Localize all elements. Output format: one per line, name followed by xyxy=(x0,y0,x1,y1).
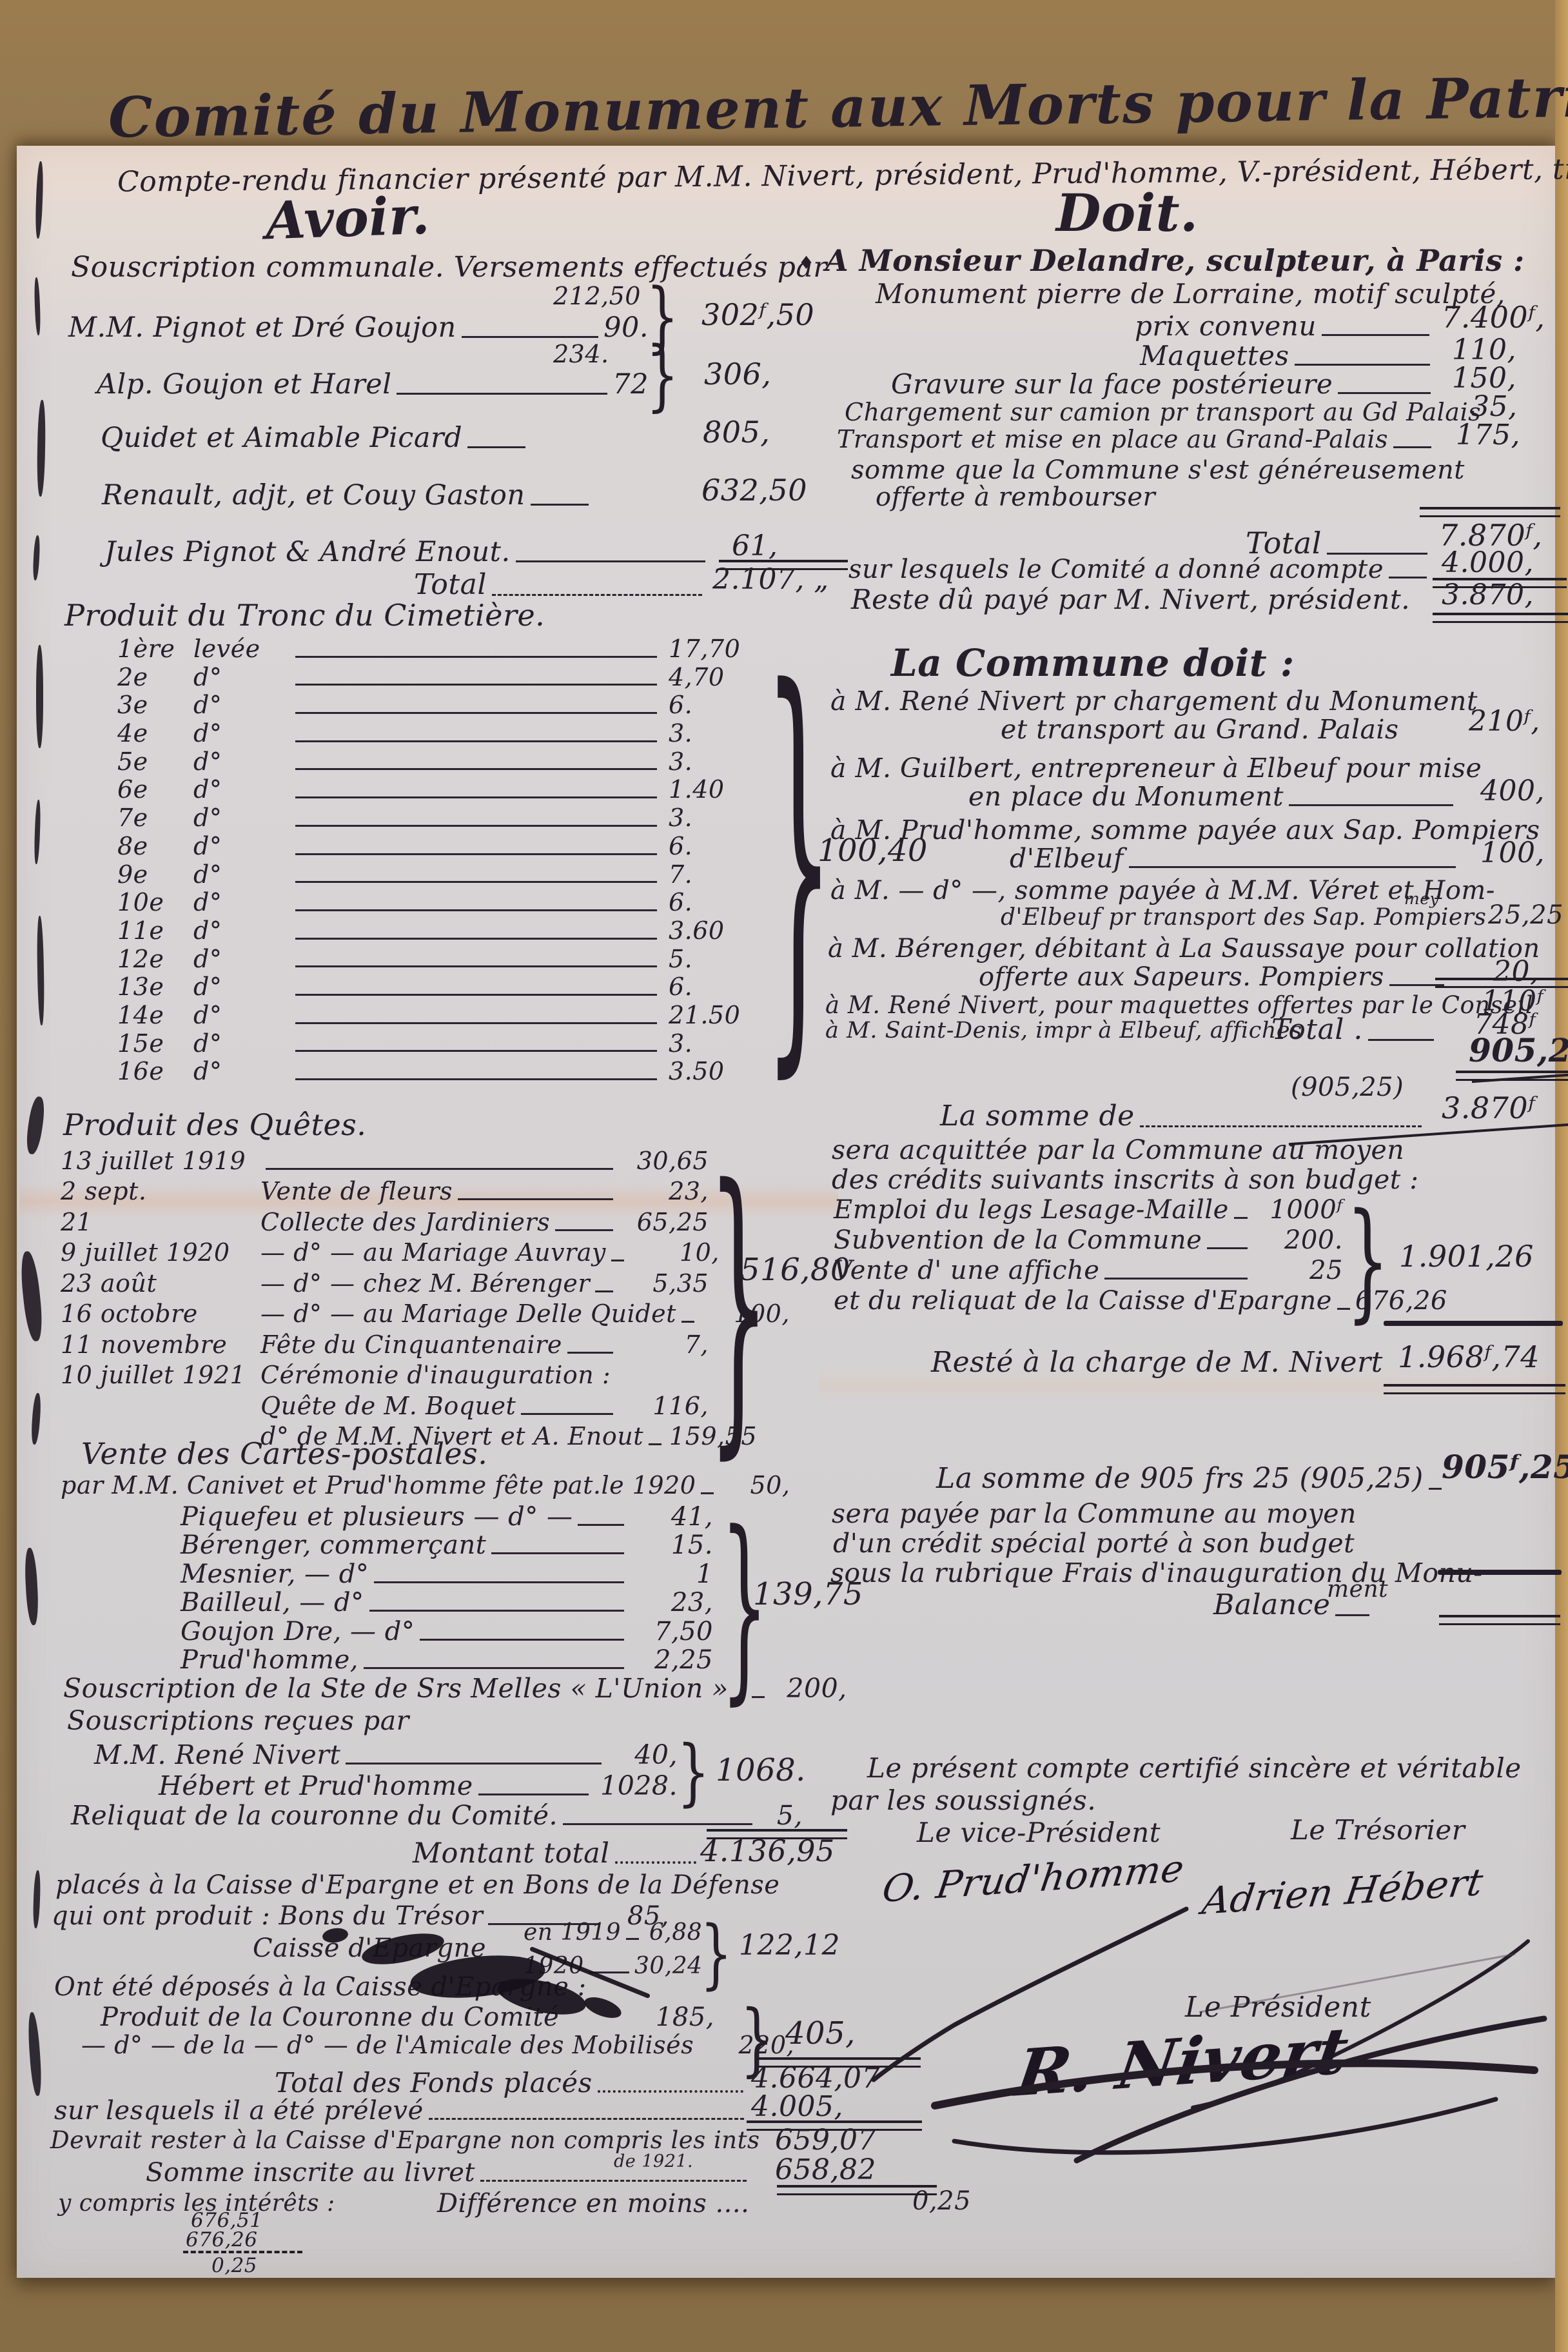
leader-line xyxy=(295,712,657,714)
leader-line xyxy=(1335,1614,1369,1616)
quete-label: Quête de M. Boquet xyxy=(260,1392,516,1421)
levee-value: 3. xyxy=(662,720,765,748)
double-rule xyxy=(1456,1071,1568,1081)
leader-line xyxy=(1207,1247,1248,1249)
acompte-value: 4.000, xyxy=(1442,547,1534,580)
table-row: 13 juillet 1919 30,65 xyxy=(61,1145,709,1176)
levee-ordinal: 12e xyxy=(117,945,193,974)
levee-value: 5. xyxy=(662,945,765,974)
vendor-label: Goujon Dre, — d° xyxy=(181,1617,415,1646)
leader-line xyxy=(1234,1217,1248,1219)
table-row: 12e d° 5. xyxy=(117,945,765,974)
leader-line xyxy=(478,1794,589,1795)
leader-line xyxy=(516,560,705,562)
leader-line xyxy=(295,909,657,911)
leader-line xyxy=(1389,577,1427,578)
vendor-value: 7,50 xyxy=(629,1617,713,1646)
item-value: 175, xyxy=(1456,419,1520,452)
table-row: 2 sept. Vente de fleurs 23, xyxy=(61,1176,709,1207)
brace-icon xyxy=(700,1917,732,1992)
souscription-part: 234. xyxy=(553,341,609,369)
leader-line xyxy=(595,1290,613,1292)
levee-value: 6. xyxy=(662,889,765,917)
leader-line xyxy=(1429,1488,1442,1490)
fonds-label: Total des Fonds placés xyxy=(275,2068,593,2099)
levee-word: d° xyxy=(193,1058,290,1086)
leader-line xyxy=(295,994,657,996)
leader-line xyxy=(701,1492,714,1494)
fonds-label: Devrait rester à la Caisse d'Epargne non… xyxy=(50,2127,759,2155)
commune-heading: La Commune doit : xyxy=(891,642,1295,685)
credit-label: Vente d' une affiche xyxy=(834,1256,1099,1285)
leader-line xyxy=(295,1050,657,1052)
levee-word: d° xyxy=(193,973,290,1002)
reste-label: Reste dû payé par M. Nivert, président. xyxy=(851,584,1410,615)
levee-word: d° xyxy=(193,833,290,861)
quete-date: 23 août xyxy=(61,1270,260,1298)
quete-value: 10, xyxy=(629,1239,720,1267)
credit-value: 1000ᶠ xyxy=(1253,1195,1343,1225)
souscription-part: 90. xyxy=(603,312,649,344)
levee-value: 3.60 xyxy=(662,917,765,945)
quete-value: 7, xyxy=(618,1331,709,1359)
levee-word: d° xyxy=(193,804,290,833)
levee-ordinal: 8e xyxy=(117,833,193,861)
fonds-value: 659,07 xyxy=(775,2124,876,2157)
sum-rule xyxy=(1384,1321,1563,1326)
photo-of-ledger: Comité du Monument aux Morts pour la Pat… xyxy=(0,0,1568,2352)
debt-value: 210ᶠ, xyxy=(1469,706,1540,738)
leader-line xyxy=(491,1552,624,1554)
levee-value: 7. xyxy=(662,861,765,889)
tronc-table: 1ère levée 17,70 2e d° 4,70 3e d° 6. 4e xyxy=(117,635,765,1086)
leader-line xyxy=(295,684,657,686)
delandre-heading: A Monsieur Delandre, sculpteur, à Paris … xyxy=(825,244,1525,278)
levee-word: d° xyxy=(193,945,290,974)
levee-ordinal: 3e xyxy=(117,691,193,720)
difference-label: Différence en moins .... xyxy=(437,2189,749,2219)
year-value: 30,24 xyxy=(634,1953,699,1979)
leader-line xyxy=(598,2090,743,2093)
delandre-line: Monument pierre de Lorraine, motif sculp… xyxy=(876,279,1505,310)
levee-value: 1.40 xyxy=(662,776,765,804)
levee-word: d° xyxy=(193,1002,290,1030)
table-row: 10 juillet 1921 Cérémonie d'inauguration… xyxy=(61,1359,709,1390)
levee-word: d° xyxy=(193,776,290,804)
levee-ordinal: 15e xyxy=(117,1030,193,1058)
quete-label: — d° — chez M. Bérenger xyxy=(260,1270,590,1298)
levee-ordinal: 14e xyxy=(117,1002,193,1030)
quete-value: 116, xyxy=(618,1392,709,1421)
leader-line xyxy=(611,1260,624,1261)
certification-line: Le présent compte certifié sincère et vé… xyxy=(867,1753,1522,1784)
double-rule xyxy=(1420,507,1560,517)
leader-line xyxy=(420,1639,624,1641)
levee-word: d° xyxy=(193,748,290,776)
binding-mark xyxy=(36,645,43,748)
leader-line xyxy=(295,740,657,742)
reste-value: 3.870, xyxy=(1442,579,1534,612)
somme-label: La somme de xyxy=(940,1100,1135,1133)
leader-line xyxy=(295,825,657,827)
tronc-heading: Produit du Tronc du Cimetière. xyxy=(64,598,545,633)
table-row: Goujon Dre, — d° 7,50 xyxy=(181,1617,713,1646)
levee-value: 3. xyxy=(662,748,765,776)
levee-ordinal: 13e xyxy=(117,973,193,1002)
table-row: 15e d° 3. xyxy=(117,1030,765,1058)
table-row: 7e d° 3. xyxy=(117,804,765,833)
debt-value: 400, xyxy=(1480,775,1545,808)
donor-value: 40, xyxy=(607,1740,678,1770)
souscription-heading: Souscription communale. Versements effec… xyxy=(71,252,827,284)
somme-line: sera payée par la Commune au moyen xyxy=(832,1499,1357,1529)
total-label: Total . xyxy=(1271,1014,1363,1047)
placements-line: placés à la Caisse d'Epargne et en Bons … xyxy=(55,1870,779,1900)
item-label: Maquettes xyxy=(1140,341,1289,371)
double-rule xyxy=(1384,1384,1565,1394)
vice-president-label: Le vice-Président xyxy=(917,1817,1161,1848)
debt-line: à M. René Nivert pr chargement du Monume… xyxy=(830,686,1478,716)
vendor-value: 15. xyxy=(629,1530,713,1560)
corrected-total: 905,25 xyxy=(1469,1032,1568,1069)
item-label: prix convenu xyxy=(1135,311,1317,342)
quete-date: 9 juillet 1920 xyxy=(61,1239,260,1267)
montant-total: 4.136,95 xyxy=(700,1834,835,1868)
levee-word: d° xyxy=(193,720,290,748)
delandre-line: somme que la Commune s'est généreusement xyxy=(851,455,1465,485)
levee-ordinal: 1ère xyxy=(117,635,193,664)
row-total: 632,50 xyxy=(701,473,807,508)
leader-line xyxy=(626,1938,639,1940)
recues-heading: Souscriptions reçues par xyxy=(67,1706,409,1736)
avoir-header: Avoir. xyxy=(264,186,431,251)
somme-line: des crédits suivants inscrits à son budg… xyxy=(832,1165,1419,1195)
leader-line xyxy=(295,1078,657,1080)
row-total: 61, xyxy=(732,530,778,563)
leader-line xyxy=(429,2118,744,2120)
table-row: 11e d° 3.60 xyxy=(117,917,765,945)
levee-ordinal: 16e xyxy=(117,1058,193,1086)
debt-line: d'Elbeuf xyxy=(1010,844,1124,874)
table-row: 16e d° 3.50 xyxy=(117,1058,765,1086)
leader-line xyxy=(369,1610,624,1612)
row-total: 306, xyxy=(704,357,771,391)
leader-line xyxy=(578,1524,624,1526)
credit-label: Subvention de la Commune xyxy=(834,1225,1202,1255)
depot-label: — d° — de la — d° — de l'Amicale des Mob… xyxy=(81,2031,694,2060)
leader-line xyxy=(1322,334,1429,336)
quete-label: Vente de fleurs xyxy=(260,1178,453,1206)
leader-line xyxy=(374,1581,624,1583)
payer-name: Renault, adjt, et Couy Gaston xyxy=(102,480,525,511)
levee-word: levée xyxy=(193,635,290,664)
quete-label: — d° — au Mariage Delle Quidet xyxy=(260,1300,676,1329)
levee-value: 3. xyxy=(662,1030,765,1058)
item-label: Gravure sur la face postérieure xyxy=(891,369,1333,400)
levee-word: d° xyxy=(193,861,290,889)
table-row: 23 août — d° — chez M. Bérenger 5,35 xyxy=(61,1267,709,1298)
quete-date: 21 xyxy=(61,1209,260,1237)
item-value: 7.400ᶠ, xyxy=(1442,301,1545,335)
leader-line xyxy=(295,938,657,940)
levee-word: d° xyxy=(193,917,290,945)
leader-line xyxy=(480,2180,747,2182)
somme-line: sera acquittée par la Commune au moyen xyxy=(832,1135,1404,1165)
sum-rule xyxy=(183,2251,302,2253)
leader-line xyxy=(492,594,702,596)
frame-edge xyxy=(1555,0,1568,2352)
leader-line xyxy=(458,1198,613,1200)
leader-line xyxy=(1338,392,1431,394)
difference-value: 0,25 xyxy=(912,2186,971,2216)
brace-icon xyxy=(708,1151,769,1461)
levee-word: d° xyxy=(193,664,290,692)
quetes-table: 13 juillet 1919 30,65 2 sept. Vente de f… xyxy=(61,1145,709,1451)
table-row: 11 novembre Fête du Cinquantenaire 7, xyxy=(61,1329,709,1359)
brace-icon xyxy=(646,337,679,414)
double-rule xyxy=(1433,613,1568,623)
table-row: 9e d° 7. xyxy=(117,861,765,889)
leader-line xyxy=(521,1413,613,1415)
leader-line xyxy=(567,1352,613,1354)
acompte-label: sur lesquels le Comité a donné acompte xyxy=(848,555,1384,584)
levee-value: 3. xyxy=(662,804,765,833)
section-total: 2.107, „ xyxy=(712,564,829,597)
section-total: 1068. xyxy=(716,1753,806,1788)
levee-word: d° xyxy=(193,1030,290,1058)
table-row: Prud'homme, 2,25 xyxy=(181,1646,713,1675)
leader-line xyxy=(295,768,657,770)
vendor-label: Piquefeu et plusieurs — d° — xyxy=(181,1502,573,1532)
leader-line xyxy=(1140,1125,1422,1127)
debt-value: 100, xyxy=(1480,837,1545,870)
credits-table: Emploi du legs Lesage-Maille 1000ᶠ Subve… xyxy=(834,1194,1343,1316)
interets-figure: 0,25 xyxy=(211,2255,257,2278)
leader-line xyxy=(1104,1278,1248,1280)
leader-line xyxy=(295,853,657,855)
fonds-label: Somme inscrite au livret xyxy=(146,2158,475,2188)
vendor-label: Bailleul, — d° xyxy=(181,1588,364,1617)
leader-line xyxy=(364,1667,624,1669)
leader-line xyxy=(295,796,657,798)
leader-line xyxy=(563,1823,752,1825)
doit-header: Doit. xyxy=(1056,183,1198,242)
levee-ordinal: 6e xyxy=(117,776,193,804)
bons-label: qui ont produit : Bons du Trésor xyxy=(52,1901,483,1931)
leader-line xyxy=(649,1443,661,1445)
levee-value: 3.50 xyxy=(662,1058,765,1086)
somme-value: 3.870ᶠ xyxy=(1442,1091,1535,1125)
levee-ordinal: 2e xyxy=(117,664,193,692)
table-row: 21 Collecte des Jardiniers 65,25 xyxy=(61,1206,709,1237)
row-total: 805, xyxy=(703,415,770,450)
leader-line xyxy=(1289,804,1453,806)
levee-ordinal: 11e xyxy=(117,917,193,945)
item-label: Chargement sur camion pr transport au Gd… xyxy=(845,399,1481,427)
reliquat-label: Reliquat de la couronne du Comité. xyxy=(71,1801,558,1831)
page-title: Comité du Monument aux Morts pour la Pat… xyxy=(108,68,1436,151)
vendor-value: 1 xyxy=(629,1559,713,1589)
donor-label: Hébert et Prud'homme xyxy=(94,1771,473,1801)
table-row: 10e d° 6. xyxy=(117,889,765,917)
table-row: 9 juillet 1920 — d° — au Mariage Auvray … xyxy=(61,1237,709,1268)
bullet-icon xyxy=(798,253,815,273)
quete-label: Fête du Cinquantenaire xyxy=(260,1331,562,1359)
quetes-heading: Produit des Quêtes. xyxy=(63,1108,366,1142)
vendor-label: Mesnier, — d° xyxy=(181,1559,369,1589)
quete-date: 2 sept. xyxy=(61,1178,260,1206)
montant-label: Montant total xyxy=(413,1838,610,1870)
vendor-label: Prud'homme, xyxy=(181,1645,358,1675)
levee-ordinal: 4e xyxy=(117,720,193,748)
quete-value: 30,65 xyxy=(618,1147,709,1176)
levee-value: 17,70 xyxy=(662,635,765,664)
somme-label: La somme de 905 frs 25 (905,25) xyxy=(936,1463,1424,1496)
credit-label: et du reliquat de la Caisse d'Epargne xyxy=(834,1286,1332,1316)
table-row: 14e d° 21.50 xyxy=(117,1002,765,1030)
somme-line: d'un crédit spécial porté à son budget xyxy=(833,1528,1355,1559)
quete-value: 5,35 xyxy=(618,1270,709,1298)
quete-label: Cérémonie d'inauguration : xyxy=(260,1361,611,1390)
vendor-value: 2,25 xyxy=(629,1645,713,1675)
leader-line xyxy=(295,881,657,883)
leader-line xyxy=(266,1168,613,1170)
leader-line xyxy=(1295,364,1430,366)
souscription-part: 212,50 xyxy=(553,282,641,311)
year-value: 6,88 xyxy=(644,1919,702,1946)
table-row: Bérenger, commerçant 15. xyxy=(181,1532,713,1561)
leader-line xyxy=(346,1763,602,1764)
leader-line xyxy=(1368,1039,1434,1041)
leader-line xyxy=(681,1321,694,1323)
fonds-value: 4.005, xyxy=(751,2091,843,2124)
vendor-value: 23, xyxy=(629,1588,713,1617)
leader-line xyxy=(295,656,657,658)
union-label: Souscription de la Ste de Srs Melles « L… xyxy=(63,1674,747,1704)
table-row: Subvention de la Commune 200. xyxy=(834,1225,1343,1255)
payer-name: Alp. Goujon et Harel xyxy=(97,369,391,400)
sum-rule xyxy=(1438,1570,1562,1575)
table-row: Mesnier, — d° 1 xyxy=(181,1560,713,1589)
quete-date: 16 octobre xyxy=(61,1300,260,1329)
quete-label: — d° — au Mariage Auvray xyxy=(260,1239,606,1267)
quete-value: 23, xyxy=(618,1178,709,1206)
donor-value: 1028. xyxy=(594,1771,678,1801)
debt-line: et transport au Grand. Palais xyxy=(1001,715,1399,745)
item-label: Transport et mise en place au Grand-Pala… xyxy=(837,426,1388,454)
credits-total: 1.901,26 xyxy=(1399,1240,1534,1274)
table-row: 2e d° 4,70 xyxy=(117,664,765,692)
debt-line: à M. Saint-Denis, impr à Elbeuf, affiche… xyxy=(825,1018,1302,1043)
interets-figure: 676,26 xyxy=(186,2229,257,2252)
payer-name: Quidet et Aimable Picard xyxy=(101,422,462,454)
souscription-part: 72 xyxy=(612,369,649,400)
debt-line: à M. Bérenger, débitant à La Saussaye po… xyxy=(828,934,1540,964)
table-row: Bailleul, — d° 23, xyxy=(181,1589,713,1618)
quete-date: 13 juillet 1919 xyxy=(61,1147,260,1176)
table-row: 6e d° 1.40 xyxy=(117,776,765,804)
table-row: 8e d° 6. xyxy=(117,833,765,861)
levee-word: d° xyxy=(193,889,290,917)
levee-value: 6. xyxy=(662,833,765,861)
table-row: 1ère levée 17,70 xyxy=(117,635,765,664)
year-label: en 1919 xyxy=(524,1919,621,1946)
balance-label: Balance xyxy=(1213,1589,1330,1622)
levee-ordinal: 7e xyxy=(117,804,193,833)
reliquat-value: 5, xyxy=(758,1801,803,1831)
leader-line xyxy=(397,393,607,395)
double-rule xyxy=(1439,1615,1560,1625)
levee-value: 6. xyxy=(662,691,765,720)
donor-label: M.M. René Nivert xyxy=(94,1740,340,1770)
quete-label: Collecte des Jardiniers xyxy=(260,1209,550,1237)
debt-line: à M. Prud'homme, somme payée aux Sap. Po… xyxy=(830,815,1540,845)
tresorier-label: Le Trésorier xyxy=(1291,1815,1465,1846)
leader-line xyxy=(555,1229,613,1231)
levee-value: 21.50 xyxy=(662,1002,765,1030)
payer-name: Jules Pignot & André Enout. xyxy=(104,537,511,568)
credit-label: Emploi du legs Lesage-Maille xyxy=(834,1195,1229,1225)
leader-line xyxy=(1393,446,1431,448)
debt-line: à M. — d° —, somme payée à M.M. Véret et… xyxy=(830,876,1495,905)
leader-line xyxy=(467,446,525,448)
levee-value: 4,70 xyxy=(662,664,765,692)
section-total: 405, xyxy=(785,2016,856,2051)
table-row: Emploi du legs Lesage-Maille 1000ᶠ xyxy=(834,1194,1343,1225)
depot-value: 185, xyxy=(631,2002,714,2032)
fonds-label: sur lesquels il a été prélevé xyxy=(54,2096,424,2126)
leader-line xyxy=(295,1022,657,1024)
table-row: 16 octobre — d° — au Mariage Delle Quide… xyxy=(61,1298,709,1329)
section-total: 122,12 xyxy=(739,1930,840,1962)
table-row: 13e d° 6. xyxy=(117,973,765,1002)
vendor-label: Bérenger, commerçant xyxy=(181,1530,486,1560)
total-label: Total xyxy=(414,569,487,602)
brace-icon xyxy=(1346,1197,1389,1326)
vendor-value: 41, xyxy=(629,1502,713,1532)
brace-icon xyxy=(677,1736,710,1808)
debt-value: 25,25 xyxy=(1488,900,1563,930)
reste-label: Resté à la charge de M. Nivert xyxy=(931,1347,1383,1379)
leader-line xyxy=(752,1696,765,1698)
fonds-value: 658,82 xyxy=(775,2154,876,2187)
table-row: Quête de M. Boquet 116, xyxy=(61,1390,709,1421)
delandre-line: offerte à rembourser xyxy=(876,482,1155,512)
leader-line xyxy=(615,1861,696,1864)
table-row: Piquefeu et plusieurs — d° — 41, xyxy=(181,1503,713,1532)
certification-line: par les soussignés. xyxy=(830,1785,1096,1816)
signature-flourish xyxy=(916,2009,1560,2164)
credit-value: 25 xyxy=(1253,1256,1343,1285)
levee-value: 6. xyxy=(662,973,765,1002)
debt-line: en place du Monument xyxy=(968,782,1284,812)
table-row: 5e d° 3. xyxy=(117,748,765,776)
debt-line: offerte aux Sapeurs. Pompiers xyxy=(979,962,1384,992)
leader-line xyxy=(1129,866,1456,868)
quete-date: 11 novembre xyxy=(61,1331,260,1359)
levee-ordinal: 9e xyxy=(117,861,193,889)
credit-value: 200. xyxy=(1253,1225,1343,1255)
debt-line: à M. Guilbert, entrepreneur à Elbeuf pou… xyxy=(830,753,1482,784)
table-row: Vente d' une affiche 25 xyxy=(834,1255,1343,1285)
row-total: 302ᶠ,50 xyxy=(701,298,814,332)
levee-ordinal: 5e xyxy=(117,748,193,776)
levee-ordinal: 10e xyxy=(117,889,193,917)
quete-value: 65,25 xyxy=(618,1209,709,1237)
debt-sup: mey xyxy=(1404,890,1439,909)
table-row: 4e d° 3. xyxy=(117,720,765,748)
reste-value: 1.968ᶠ,74 xyxy=(1398,1340,1540,1374)
